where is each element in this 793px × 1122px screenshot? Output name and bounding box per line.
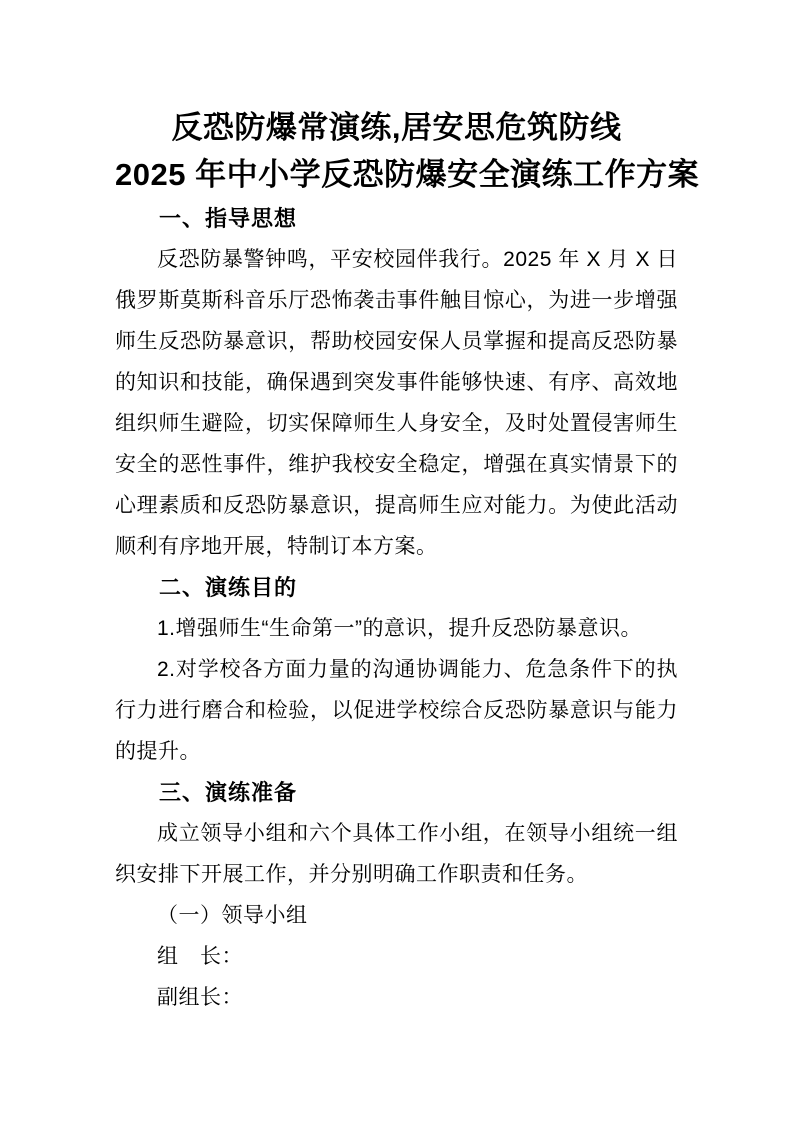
paragraph-purpose-item-2: 2.对学校各方面力量的沟通协调能力、危急条件下的执行力进行磨合和检验，以促进学校… — [115, 649, 678, 772]
paragraph-group-leader-label: 组 长： — [115, 936, 678, 977]
section-heading-guiding-ideology: 一、指导思想 — [115, 198, 678, 239]
paragraph-purpose-item-1: 1.增强师生“生命第一”的意识，提升反恐防暴意识。 — [115, 608, 678, 649]
section-heading-drill-preparation: 三、演练准备 — [115, 772, 678, 813]
section-heading-drill-purpose: 二、演练目的 — [115, 567, 678, 608]
document-title-line-2: 2025 年中小学反恐防爆安全演练工作方案 — [115, 151, 678, 198]
paragraph-leading-group-label: （一）领导小组 — [115, 895, 678, 936]
paragraph-guiding-ideology: 反恐防暴警钟鸣，平安校园伴我行。2025 年 X 月 X 日俄罗斯莫斯科音乐厅恐… — [115, 239, 678, 567]
paragraph-preparation-intro: 成立领导小组和六个具体工作小组，在领导小组统一组织安排下开展工作，并分别明确工作… — [115, 813, 678, 895]
document-page: 反恐防爆常演练,居安思危筑防线 2025 年中小学反恐防爆安全演练工作方案 一、… — [0, 0, 793, 1122]
paragraph-deputy-leader-label: 副组长： — [115, 977, 678, 1018]
document-title-line-1: 反恐防爆常演练,居安思危筑防线 — [115, 104, 678, 151]
